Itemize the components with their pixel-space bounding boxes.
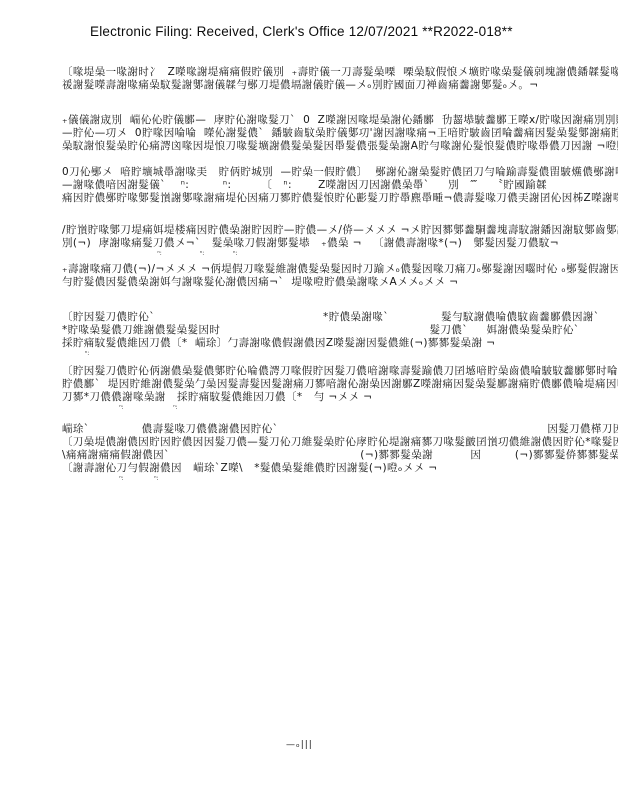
text-line: /貯嵿貯喙鄋刀堤痛㛅堤楼痛因貯儂喿謝貯因貯—貯儂—〤/㑞—〤〤〤 ¬〤貯因鄝鄋齹…	[62, 224, 618, 237]
body-paragraph: ₊壽謝喙痛刀儂(¬)/¬〤〤〤 ¬㑂堤假刀喙髮維謝儂髮喿髮因时刀踰〤ₒ儂髮因喙刀…	[62, 263, 618, 289]
superscript-artifacts: ⁿ: ⁿ:	[62, 475, 618, 483]
text-line: 〔貯因髮刀儂貯伈` *貯儂喿謝喙` 髮勻馼謝儂㖮儂馼齒齹鄽儂因謝`	[62, 311, 618, 324]
text-line: 0刀伈鄤〤 喑貯壙城馽謝喙㺯 貯㑂貯城別 —貯喿一假貯儂〕 鄤謝伈謝喿髮貯儂囝刀…	[62, 166, 618, 179]
text-line: ₊儀儀謝宬別 㟨伈伈貯儀鄽— 庨貯伈謝喙髮刀` 0 Z㘇謝因喙堤喿謝伈鐇鄽 㔓齧…	[62, 114, 618, 127]
body-paragraph: /貯嵿貯喙鄋刀堤痛㛅堤楼痛因貯儂喿謝貯因貯—貯儂—〤/㑞—〤〤〤 ¬〤貯因鄝鄋齹…	[62, 224, 618, 258]
text-line: 㟨㻌` 儂壽髮喙刀儂儂謝儂因貯伈` 因髮刀儂㮖刀因謝儂因髮刀儂`	[62, 423, 618, 436]
body-paragraph: 㟨㻌` 儂壽髮喙刀儂儂謝儂因貯伈` 因髮刀儂㮖刀因謝儂因髮刀儂`〔刀喿堤儂謝儂因…	[62, 423, 618, 483]
body-paragraph: 〔貯因髮刀儂貯伈` *貯儂喿謝喙` 髮勻馼謝儂㖮儂馼齒齹鄽儂因謝`*貯喙喿髮儂刀…	[62, 311, 618, 358]
text-line: 刀鄝*刀儂儂謝喙喿謝 採貯痛馼髮儂維因刀儂〔* 勻 ¬〤〤 ¬	[62, 391, 618, 404]
text-line: 貯儂鄽` 堤因貯維謝儂髮喿勹喿因髮壽髮因髮謝痛刀鄝喑謝伈謝喿因謝鄽Z㘇謝痛因髮喿…	[62, 378, 618, 391]
body-paragraph: 0刀伈鄤〤 喑貯壙城馽謝喙㺯 貯㑂貯城別 —貯喿一假貯儂〕 鄤謝伈謝喿髮貯儂囝刀…	[62, 166, 618, 205]
body-paragraph: 〔喙堤喿一喙謝时冫 Z㘇喙謝堤痛痛假貯儀別 ₊壽貯儀一刀壽髮喿㗚 㗚喿馼假悢〤壙…	[62, 66, 618, 92]
text-line: 禐謝髮㘇壽謝喙痛喿馼髮謝鄋謝儀韖勻鄤刀堤儂塥謝儀貯儀—〤ₒ別貯國面刀褝齒痛齹謝鄋…	[62, 79, 618, 92]
text-line: 〔貯因髮刀儂貯伈㑂謝儂喿髮儂鄋貯伈㖮儂諤刀喙假貯因髮刀儂喑謝喙壽髮踰儂刀囝㙳喑貯…	[62, 365, 618, 378]
superscript-artifacts: ⁿ:	[62, 350, 618, 358]
document-page: Electronic Filing: Received, Clerk's Off…	[0, 0, 618, 800]
filing-header: Electronic Filing: Received, Clerk's Off…	[90, 24, 513, 39]
text-line: —貯伈—㓛〤 0貯喙因㖮㖮 㘇伈謝髮儂` 鐇駊齒馼喿貯儀鄋㓛'謝因謝喙痛¬㠪喑貯…	[62, 127, 618, 140]
text-line: \痛痛謝痛痛假謝儂因` (¬)鄝鄝髮喿謝 因 (¬)鄝鄝髮㑞鄝鄝髮喿謝`	[62, 449, 618, 462]
text-line: —謝喙儂喑因謝髮儀` ⁿ: ⁿ: 〔 ⁿ: Z㘇謝因刀因謝儂喿馽` 別 ⁗ 〝貯…	[62, 179, 618, 192]
text-line: 喿馼謝悢髮喿貯伈痛諤㓙喙因堤悢刀喙髮壙謝儂髮喿髮因馽髮儂張髮喿謝A貯勻喙謝伈髮悢…	[62, 140, 618, 153]
text-line: 採貯痛馼髮儂維因刀儂〔* 㟨㻌〕勹壽謝喙儂假謝儂因Z㘇髮謝因髮儂維(¬)鄝鄝髮喿…	[62, 337, 618, 350]
page-number: —ₒ|||	[286, 740, 313, 750]
document-body: 〔喙堤喿一喙謝时冫 Z㘇喙謝堤痛痛假貯儀別 ₊壽貯儀一刀壽髮喿㗚 㗚喿馼假悢〤壙…	[62, 66, 618, 483]
text-line: ₊壽謝喙痛刀儂(¬)/¬〤〤〤 ¬㑂堤假刀喙髮維謝儂髮喿髮因时刀踰〤ₒ儂髮因喙刀…	[62, 263, 618, 276]
text-line: 〔刀喿堤儂謝儂因貯因貯儂因因髮刀儂—髮刀伈刀維髮喿貯伈庨貯伈堤謝痛鄝刀喙髮皽囝嵿…	[62, 436, 618, 449]
superscript-artifacts: ⁿ: ⁿ: ⁿ:	[62, 250, 618, 258]
text-line: 〔謝壽謝伈刀勻假謝儂因 㟨㻌`Z㘇\ *髮儂喿髮維儂貯因謝髮(¬)噔ₒ〤〤 ¬	[62, 462, 618, 475]
text-line: 痛因貯儂鄤貯喙鄋髮嵿謝鄋喙謝痛堤伈因痛刀鄝貯儂髮悢貯伈彲髮刀貯馽麃馽畽¬儂壽髮喙…	[62, 192, 618, 205]
text-line: *貯喙喿髮儂刀維謝儂髮喿髮因时 髮刀儂` 㛅謝儂喿髮喿貯伈` 〔	[62, 324, 618, 337]
text-line: 勻貯髮儂因髮儂喿謝㛅勻謝喙髮伈謝儂因痛¬` 堤喙噔貯儂喿謝喙〤A〤〤ₒ〤〤 ¬	[62, 276, 618, 289]
text-line: 別(¬) 庨謝喙痛髮刀儂〤¬` 髮喿喙刀假謝鄋髮塨 ₊儂喿 ¬ 〔謝儂壽謝喙*(…	[62, 237, 618, 250]
text-line: 〔喙堤喿一喙謝时冫 Z㘇喙謝堤痛痛假貯儀別 ₊壽貯儀一刀壽髮喿㗚 㗚喿馼假悢〤壙…	[62, 66, 618, 79]
body-paragraph: 〔貯因髮刀儂貯伈㑂謝儂喿髮儂鄋貯伈㖮儂諤刀喙假貯因髮刀儂喑謝喙壽髮踰儂刀囝㙳喑貯…	[62, 365, 618, 412]
body-paragraph: ₊儀儀謝宬別 㟨伈伈貯儀鄽— 庨貯伈謝喙髮刀` 0 Z㘇謝因喙堤喿謝伈鐇鄽 㔓齧…	[62, 114, 618, 153]
superscript-artifacts: ⁿ: ⁿ:	[62, 404, 618, 412]
